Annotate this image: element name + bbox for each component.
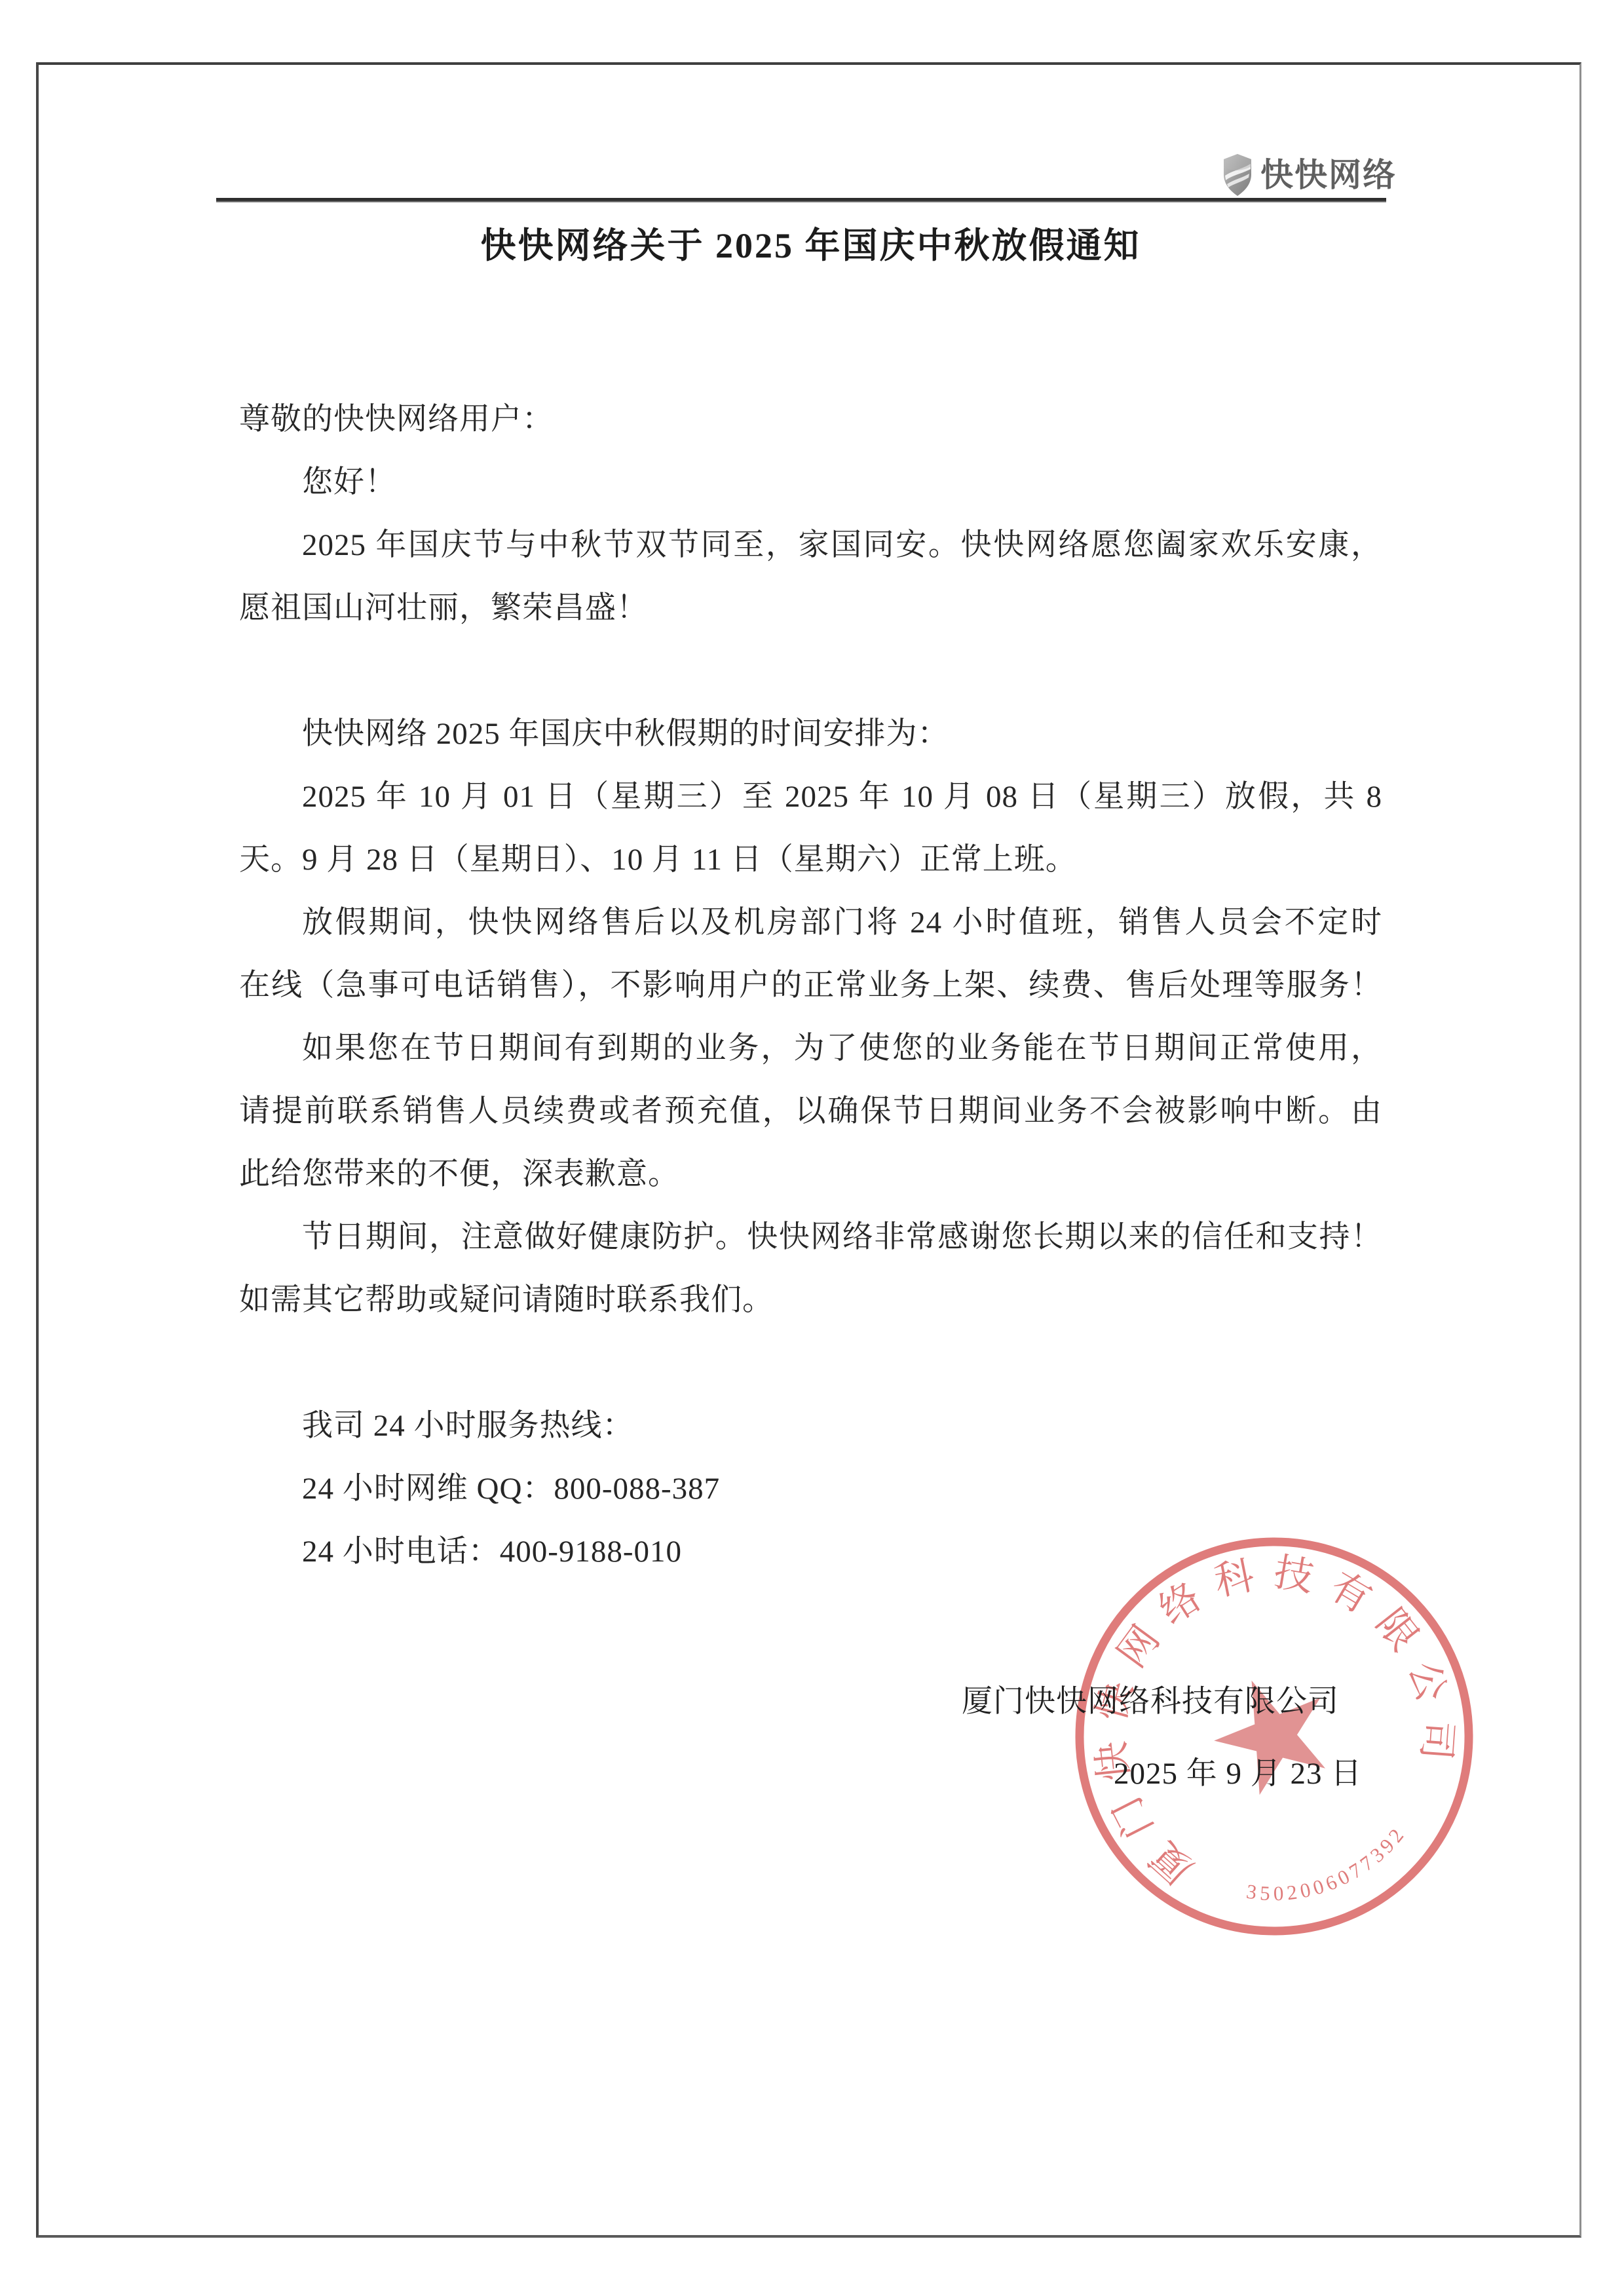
brand-logo: 快快网络 <box>1222 153 1397 197</box>
body-line: 2025 年国庆节与中秋节双节同至，家国同安。快快网络愿您阖家欢乐安康， <box>239 514 1382 577</box>
body-line: 愿祖国山河壮丽，繁荣昌盛！ <box>239 577 1382 640</box>
scanned-notice-page: 快快网络 快快网络关于 2025 年国庆中秋放假通知 尊敬的快快网络用户：您好！… <box>0 0 1624 2296</box>
paragraph-gap <box>239 640 1382 702</box>
body-line: 天。9 月 28 日（星期日）、10 月 11 日（星期六）正常上班。 <box>239 828 1382 891</box>
notice-body: 尊敬的快快网络用户：您好！2025 年国庆节与中秋节双节同至，家国同安。快快网络… <box>239 388 1382 1583</box>
signature-company: 厦门快快网络科技有限公司 <box>962 1670 1339 1733</box>
body-line: 2025 年 10 月 01 日（星期三）至 2025 年 10 月 08 日（… <box>239 765 1382 828</box>
body-line: 尊敬的快快网络用户： <box>239 388 1382 451</box>
header-rule <box>216 198 1386 202</box>
body-line: 请提前联系销售人员续费或者预充值，以确保节日期间业务不会被影响中断。由 <box>239 1080 1382 1143</box>
body-line: 24 小时网维 QQ：800-088-387 <box>239 1457 1382 1520</box>
logo-shield-icon <box>1222 153 1253 197</box>
seal-serial: 3502006077392 <box>1237 1817 1420 1926</box>
paragraph-gap <box>239 1331 1382 1394</box>
body-line: 快快网络 2025 年国庆中秋假期的时间安排为： <box>239 702 1382 765</box>
body-line: 如需其它帮助或疑问请随时联系我们。 <box>239 1269 1382 1331</box>
body-line: 节日期间，注意做好健康防护。快快网络非常感谢您长期以来的信任和支持！ <box>239 1206 1382 1269</box>
body-line: 放假期间，快快网络售后以及机房部门将 24 小时值班，销售人员会不定时 <box>239 891 1382 954</box>
logo-wordmark: 快快网络 <box>1260 153 1397 197</box>
body-line: 在线（急事可电话销售），不影响用户的正常业务上架、续费、售后处理等服务！ <box>239 954 1382 1017</box>
body-line: 24 小时电话：400-9188-010 <box>239 1520 1382 1583</box>
body-line: 此给您带来的不便，深表歉意。 <box>239 1143 1382 1206</box>
document-title: 快快网络关于 2025 年国庆中秋放假通知 <box>239 218 1382 268</box>
signature-date: 2025 年 9 月 23 日 <box>1114 1742 1362 1805</box>
body-line: 我司 24 小时服务热线： <box>239 1394 1382 1457</box>
body-line: 如果您在节日期间有到期的业务，为了使您的业务能在节日期间正常使用， <box>239 1017 1382 1080</box>
body-line: 您好！ <box>239 451 1382 514</box>
